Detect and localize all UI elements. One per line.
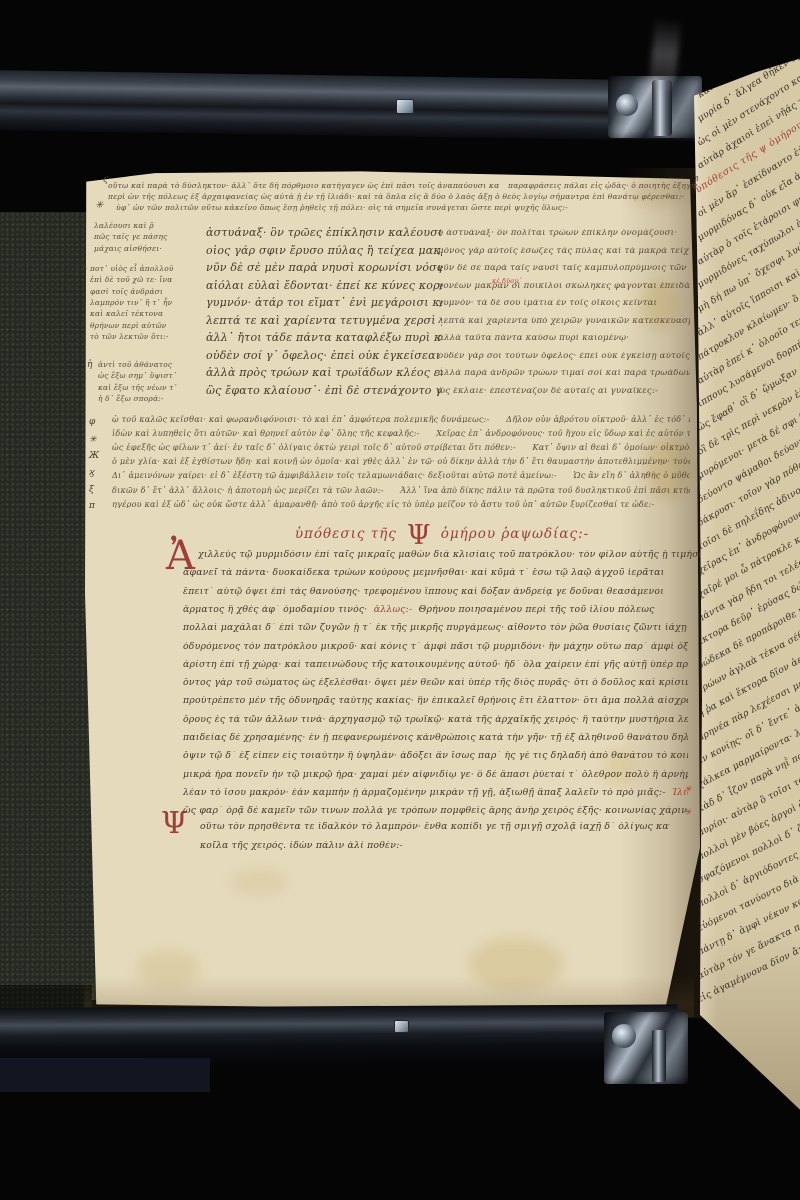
- margin-note-line: ποτ᾽ υἱὸς εἶ ἀπολλοῦ: [90, 265, 174, 272]
- margin-note-line: φασὶ τοῖς ἀνδράσι: [90, 288, 163, 295]
- hypothesis-line: μικρὰ ἦρα πονεῖν ἦν τῷ μικρῷ ἦρα· χαμαὶ …: [183, 770, 688, 779]
- hypothesis-line: χιλλεὺς τῷ μυρμιδόσιν ἐπὶ ταῖς μικραῖς μ…: [198, 550, 703, 559]
- verse-line: οὐδὲν σοί γ᾽ ὄφελος· ἐπεὶ οὐκ ἐγκείσεαι …: [206, 350, 442, 361]
- scanner-rail-bottom: [0, 1004, 678, 1066]
- hypothesis-line: ἔπειτ᾽ αὐτῷ ὄψει ἐπὶ τὰς θανούσης· τρεφο…: [183, 587, 664, 596]
- scholium-line: ὡς ἐφεξῆς ὡς φίλων τ᾽ ἀεί· ἐν ταῖς δ᾽ ὀλ…: [112, 443, 690, 451]
- scholia-reference-symbol: ✳: [89, 436, 97, 445]
- margin-note-line: λαμπρόν τιν᾽ ἥ τ᾽ ἦν: [90, 299, 172, 306]
- margin-note-line: μάχαις αἰσθήσει·: [94, 245, 162, 252]
- scholium-line: δικῶν δ᾽ ἔτ᾽ ἀλλ᾽ ἄλλοις· ἡ ἀποτομὴ ὡς μ…: [112, 486, 690, 494]
- hypothesis-line: ἀρίστη ἐπὶ τῇ χώρᾳ· καὶ ταπεινώδους τῆς …: [183, 660, 688, 669]
- paraphrase-line: λεπτὰ καὶ χαρίεντα ὑπὸ χειρῶν γυναικῶν κ…: [438, 317, 690, 326]
- closing-line: κοῖλα τῆς χειρός. ἰδὼν πάλιν ἁλί ποθέν:-: [200, 841, 403, 850]
- scholium-line: ὁ μὲν χλία· καὶ ἐξ ἐχθίστων ἤδη· καὶ κοι…: [112, 457, 690, 465]
- psi-symbol: Ψ: [397, 520, 441, 551]
- scholium-line: ηγέρου καὶ ἐξ ὧδ᾽ ὡς οὐκ ὥστε ἀλλ᾽ ἀμαρα…: [112, 500, 654, 508]
- verse-line: νῦν δὲ σὲ μὲν παρὰ νηυσὶ κορωνίσι νόσφι …: [206, 262, 442, 273]
- paraphrase-line: νῦν δέ σε παρὰ ταῖς ναυσὶ ταῖς καμπυλοπρ…: [438, 264, 687, 273]
- rail-slider-bottom: [394, 1020, 409, 1033]
- paraphrase-line: γονέων μακρὰν οἱ ποικίλοι σκώληκες φάγον…: [438, 282, 690, 291]
- clamp-knob-bottom: [652, 1030, 666, 1082]
- paraphrase-line: ὣς ἔκλαιε· ἐπεστέναζον δὲ αὐταῖς αἱ γυνα…: [438, 387, 658, 396]
- allos-rubric: ἄλλως:-: [374, 605, 413, 614]
- margin-note-line: θρήνων περὶ αὐτῶν: [90, 322, 167, 329]
- paraphrase-line: ἀλλὰ ταῦτα πάντα καύσω πυρὶ καιομένῳ·: [438, 334, 629, 343]
- red-asterisk-sign: ✳: [684, 786, 692, 795]
- scholia-reference-symbol: φ: [89, 418, 96, 427]
- verse-line: ἀστυάναξ· ὃν τρῶες ἐπίκλησιν καλέουσιν·: [206, 227, 442, 238]
- verse-line: ὣς ἔφατο κλαίουσ᾽· ἐπὶ δὲ στενάχοντο γυν…: [206, 385, 442, 396]
- top-scholium: ὑφ᾽ ὧν τῶν πολιτῶν οὕτω κἀκεῖνο ὅπως ἔσῃ…: [116, 204, 568, 212]
- hypothesis-line: προὐτρέπετο μὲν τῆς ὀδυνηρᾶς ταύτης κακί…: [183, 696, 688, 705]
- red-asterisk-sign: ✳: [684, 809, 692, 818]
- verse-line: ἀλλὰ πρὸς τρώων καὶ τρωϊάδων κλέος εἶναι…: [206, 367, 442, 378]
- scholia-reference-symbol: ϗ: [89, 469, 95, 478]
- paraphrase-line: οὐδὲν γάρ σοι τούτων ὄφελος· ἐπεὶ οὐκ ἐγ…: [438, 352, 690, 361]
- hypothesis-line: λέαν τὸ ἴσου μακρόν· ἐὰν καμπὴν ᾖ ἁρμαζο…: [183, 788, 688, 797]
- scholia-reference-symbol: π: [89, 502, 95, 511]
- asterisk-sign: ✳: [95, 201, 104, 211]
- margin-note-line: λαλέουσι καὶ ρ̄: [94, 222, 154, 229]
- hypothesis-line: παιδείας δὲ χρησαμένης· ἐν ᾗ πεφανερωμέν…: [183, 733, 688, 742]
- hypothesis-line: ὄρους ἐς τὰ τῶν ἄλλων τινά· ἀρχηγασμῷ τῷ…: [183, 715, 688, 724]
- verse-line: λεπτά τε καὶ χαρίεντα τετυγμένα χερσὶ γυ…: [206, 315, 442, 326]
- right-page-text-layer: ιβκαὶ τὰ μὲν ἂψ ἐπὶ νῆας ἴσαν θοάςμυρία …: [688, 50, 800, 1115]
- hypothesis-line: ἀφανεῖ τὰ πάντα· δυοκαίδεκα τρώων κούρου…: [183, 568, 664, 577]
- hypothesis-line: ἅρματος ἢ χθὲς ἀφ᾽ ὁμοδαμίου τινός· ἄλλω…: [183, 605, 655, 614]
- verse-line: γυμνόν· ἀτάρ τοι εἵματ᾽ ἐνὶ μεγάροισι κέ…: [206, 297, 442, 308]
- margin-note-line: ἀντὶ τοῦ ἀθάνατος: [98, 361, 172, 368]
- hypothesis-line: ὄντος γὰρ τοῦ σώματος ὡς ἐξελέσθαι· ὄψει…: [183, 678, 688, 687]
- rubric-pre: ὑπόθεσις τῆς: [295, 526, 397, 542]
- paraphrase-line: ἀλλὰ παρὰ ἀνδρῶν τρώων τιμαὶ σοὶ καὶ παρ…: [438, 369, 690, 378]
- margin-note-line: τὸ τῶν λεκτῶν ὅτι:-: [90, 333, 169, 340]
- scholia-reference-symbol: Ж: [89, 452, 99, 461]
- cradle-clamp-bottom: [604, 1012, 688, 1084]
- margin-reference-sign: ἡ: [87, 361, 93, 370]
- rubric-post: ὁμήρου ῥαψωδίας:-: [441, 526, 589, 542]
- manuscript-photograph: ὑπόθεσις τῆςΨὁμήρου ῥαψωδίας:- Ἀ Ψ ϛ✳οὕτ…: [0, 0, 800, 1200]
- hypothesis-line: πολλαὶ μαχάλαι δ᾽ ἐπὶ τῶν ζυγῶν ᾗ τ᾽ ἐκ …: [183, 623, 687, 632]
- margin-note-line: ἐπὶ δὲ τοῦ χῶ τε· ἵνα: [90, 276, 172, 283]
- scholia-reference-symbol: ξ: [89, 486, 94, 495]
- margin-note-line: ὡς ἔξω σημ᾽ ὕψιστ᾽: [98, 372, 177, 379]
- book-23-hypothesis-rubric: ὑπόθεσις τῆςΨὁμήρου ῥαψωδίας:-: [272, 522, 612, 549]
- margin-note-line: πῶς ταῖς γε πάσης: [94, 233, 167, 240]
- scholium-line: Δι᾽ ἀμεινόνων χαίρει· εἰ δ᾽ ἐξέστη τῷ ἀμ…: [112, 471, 690, 479]
- hypothesis-line: ὥς φαρ᾽ ὁρᾷ δὲ καμεῖν τῶν τινων πολλά γε…: [183, 806, 688, 815]
- verse-line: οἶος γάρ σφιν ἔρυσο πύλας ἢ τείχεα μακρά…: [206, 245, 442, 256]
- scholium-line: ᾧ τοῦ καλῶς κεῖσθαι· καὶ φωρανδιφόνοισι·…: [112, 415, 690, 423]
- margin-note-line: ἡ δ᾽ ἔξω σπορά:-: [98, 395, 164, 402]
- verse-line: ἀλλ᾽ ἤτοι τάδε πάντα καταφλέξω πυρὶ κηλέ…: [206, 332, 442, 343]
- margin-reference-sign: ÷: [80, 265, 88, 274]
- hypothesis-line: ὄψιν τῷ δ᾽ ἐξ εἶπεν εἰς τοιαύτην ἢ ὑψηλά…: [183, 751, 688, 760]
- closing-line: οὕτω τὸν πρησθέντα τε ἰδαλκὸν τὸ λαμπρόν…: [200, 822, 670, 831]
- manuscript-right-page: ιβκαὶ τὰ μὲν ἂψ ἐπὶ νῆας ἴσαν θοάςμυρία …: [688, 50, 800, 1115]
- scholium-line: ἰδὼν καὶ λυπηθεὶς ὅτι αὐτῶν· καὶ θρηνεῖ …: [112, 429, 690, 437]
- margin-note-line: καὶ ἔξω τῆς νέων τ᾽: [98, 384, 177, 391]
- hypothesis-line: ὀδυρόμενος τὸν πατρόκλου μικροῦ· καὶ κόν…: [183, 642, 688, 651]
- paraphrase-line: ὁ ἀστυάναξ· ὃν πολῖται τρώων ἐπίκλην ὀνο…: [438, 229, 677, 238]
- rail-shadow-band: [0, 1058, 210, 1092]
- margin-note-line: καὶ καλεῖ τέκτονα: [90, 310, 163, 317]
- top-scholium: οὕτω καὶ παρὰ τὸ δύσληκτον· ἀλλ᾽ ὅτε δὴ …: [108, 182, 500, 190]
- verse-line: αἰόλαι εὐλαὶ ἔδονται· ἐπεί κε κύνες κορέ…: [206, 280, 442, 291]
- top-scholium: περὶ ὧν τῆς πόλεως ἐξ ἀρχαιφανείας ὡς αὐ…: [108, 193, 684, 201]
- clamp-screw-bottom: [612, 1024, 636, 1048]
- paraphrase-line: μόνος γὰρ αὐτοῖς ἔσωζες τὰς πύλας καὶ τὰ…: [438, 247, 690, 256]
- paraphrase-line: γυμνόν· τὰ δέ σου ἱμάτια ἐν τοῖς οἴκοις …: [438, 299, 657, 308]
